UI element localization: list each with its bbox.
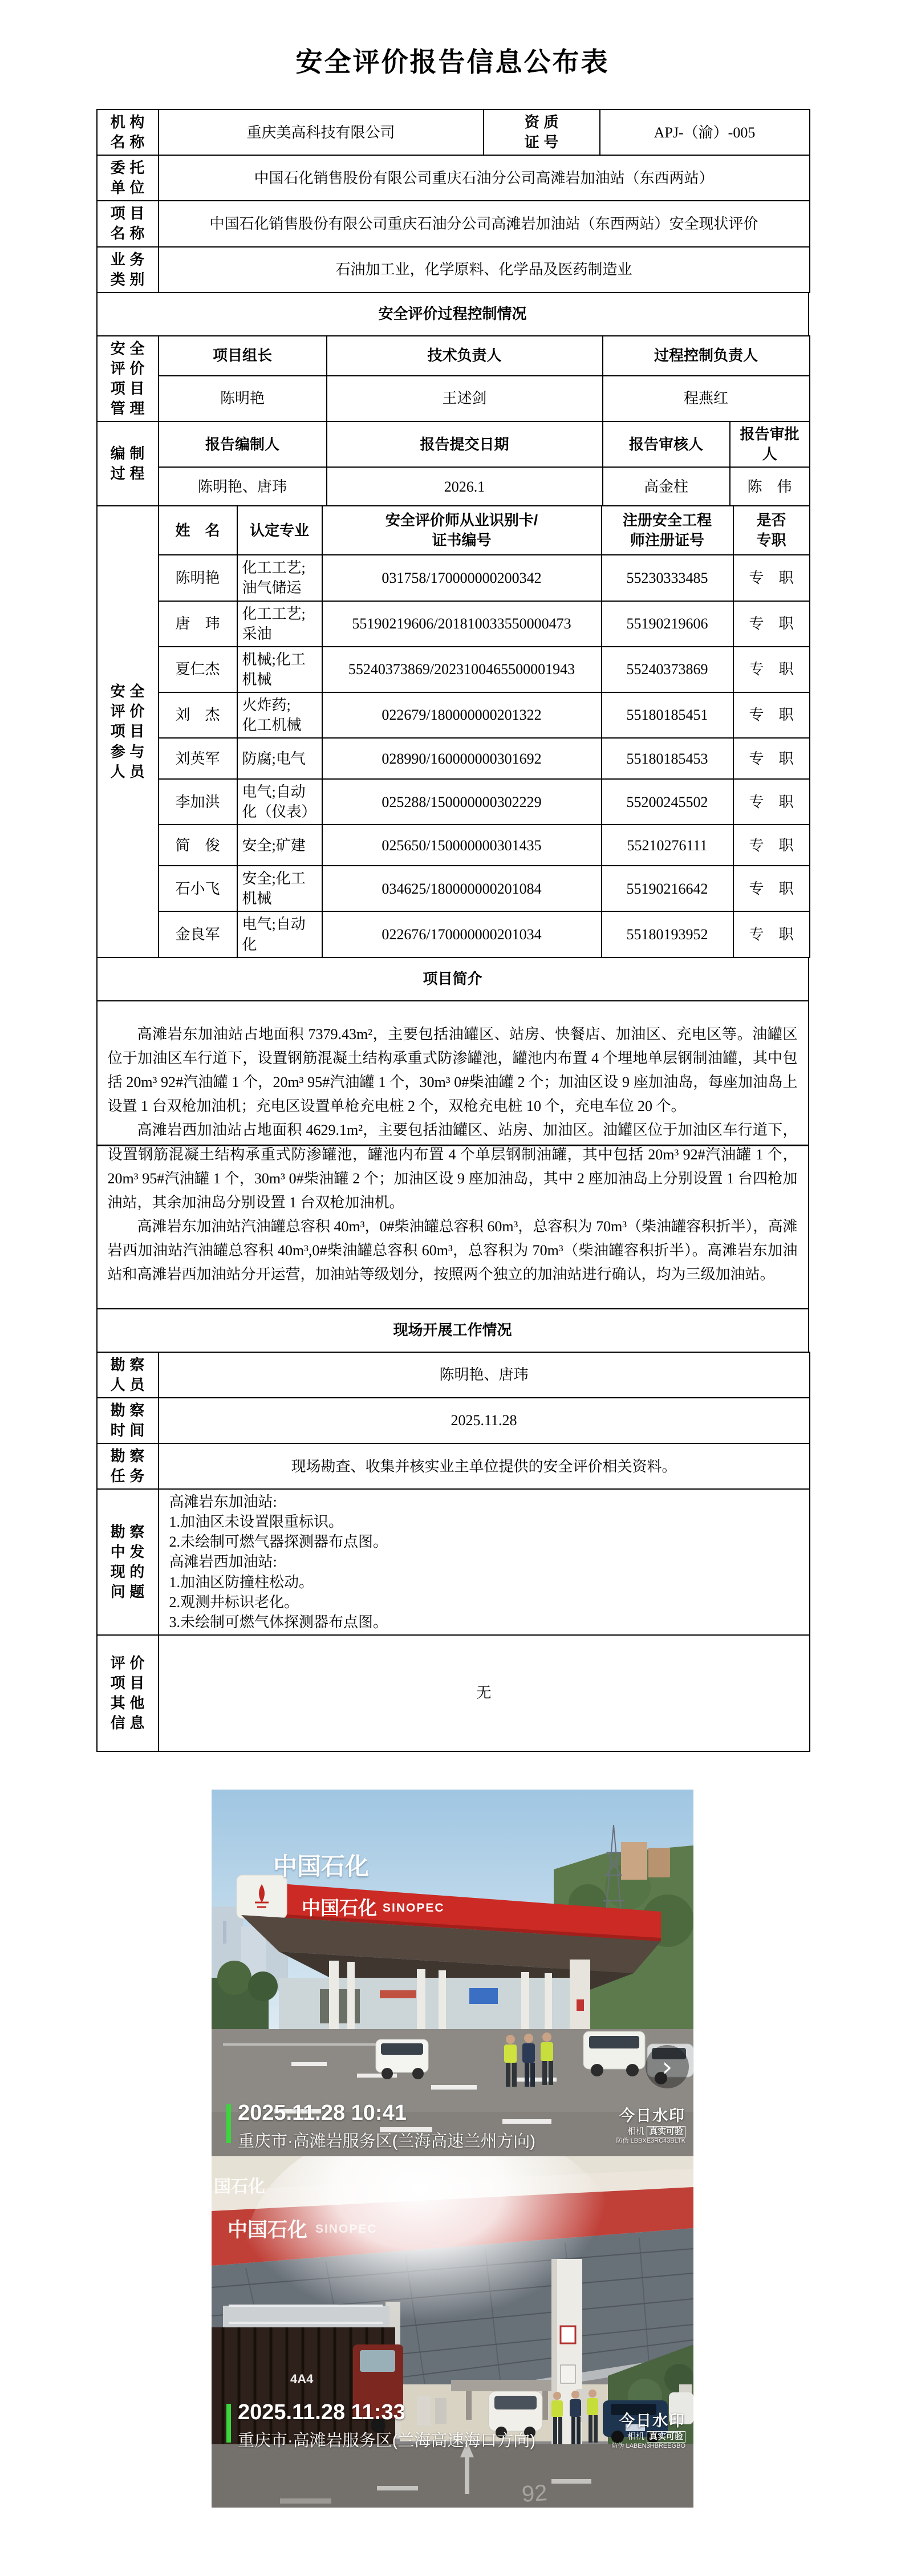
watermark-camera-label2: 相机	[627, 2432, 644, 2441]
participant-row: 简 俊 安全;矿建 025650/150000000301435 5521027…	[97, 825, 810, 866]
participant-fulltime: 专 职	[733, 911, 810, 957]
participant-reg-no: 55200245502	[602, 779, 733, 825]
client-value: 中国石化销售股份有限公司重庆石油分公司高滩岩加油站（东西两站）	[159, 155, 810, 201]
watermark-verified-badge: 真实可验	[647, 2126, 685, 2138]
compilation-label: 编制过程	[97, 421, 159, 506]
problems-label: 勘察中发现的问题	[97, 1489, 159, 1635]
participant-fulltime: 专 职	[733, 825, 810, 866]
col-header-card: 安全评价师从业识别卡/ 证书编号	[322, 506, 602, 555]
participant-major: 机械;化工 机械	[237, 647, 322, 692]
carousel-next-button[interactable]: ›	[646, 2045, 689, 2088]
bottom-margin	[0, 2508, 905, 2576]
participant-card-no: 022679/180000000201322	[322, 692, 602, 738]
participant-card-no: 55190219606/201810033550000473	[322, 601, 602, 647]
brief-paragraph: 高滩岩东加油站汽油罐总容积 40m³，0#柴油罐总容积 60m³，总容积为 70…	[108, 1215, 798, 1287]
participant-major: 化工工艺; 采油	[237, 601, 322, 647]
participant-card-no: 031758/170000000200342	[322, 555, 602, 601]
participant-name: 简 俊	[159, 825, 237, 866]
participant-row: 刘 杰 火炸药; 化工机械 022679/180000000201322 551…	[97, 692, 810, 738]
watermark-brand-block2: 今日水印 相机真实可验 防伪 LABEN3HBREEGBO	[611, 2412, 685, 2451]
survey-time-value: 2025.11.28	[159, 1398, 810, 1443]
site-work-header-section: 现场开展工作情况	[96, 1308, 809, 1353]
gas-station-photo2-scene: 92	[212, 2156, 693, 2508]
cert-no-value: APJ-（渝）-005	[600, 109, 810, 155]
canopy-brand-latin2: SINOPEC	[315, 2222, 378, 2236]
org-name-value: 重庆美高科技有限公司	[159, 109, 484, 155]
participant-name: 唐 玮	[159, 601, 237, 647]
watermark-camera-label: 相机	[627, 2127, 644, 2136]
participant-fulltime: 专 职	[733, 692, 810, 738]
col-header-reg: 注册安全工程 师注册证号	[602, 506, 733, 555]
watermark-verified-badge2: 真实可验	[647, 2431, 685, 2443]
participant-name: 陈明艳	[159, 555, 237, 601]
rooftop-sign-text: 中国石化	[273, 1848, 369, 1882]
photo-location: 重庆市·高滩岩服务区(兰海高速兰州方向)	[238, 2128, 535, 2152]
participant-card-no: 028990/160000000301692	[322, 738, 602, 779]
red-awning	[380, 1990, 416, 1998]
page-title: 安全评价报告信息公布表	[0, 41, 905, 79]
report-approver-value: 陈 伟	[730, 467, 810, 506]
participants-label: 安全评价项目参与人员	[97, 506, 159, 957]
business-type-value: 石油加工业，化学原料、化学品及医药制造业	[159, 247, 810, 293]
team-leader-value: 陈明艳	[159, 376, 327, 421]
participant-row: 陈明艳 化工工艺; 油气储运 031758/170000000200342 55…	[97, 555, 810, 601]
report-writer-header: 报告编制人	[159, 421, 327, 467]
participant-row: 唐 玮 化工工艺; 采油 55190219606/201810033550000…	[97, 601, 810, 647]
participant-card-no: 025288/150000000302229	[322, 779, 602, 825]
survey-task-label: 勘察任务	[97, 1443, 159, 1489]
pavement-92-marking: 92	[521, 2480, 548, 2507]
site-photo-west-station: 92 国石化 中国石化 SINOPEC 4A4 2025.11.28 11:33…	[212, 2156, 693, 2508]
cert-no-label: 资质证号	[484, 109, 600, 155]
tech-lead-value: 王述剑	[327, 376, 603, 421]
brief-body: 高滩岩东加油站占地面积 7379.43m²，主要包括油罐区、站房、快餐店、加油区…	[97, 1001, 809, 1309]
management-section: 安全评价项目管理 项目组长 技术负责人 过程控制负责人 陈明艳 王述剑 程燕红	[96, 335, 810, 422]
canopy-brand-text2: 中国石化	[228, 2214, 307, 2243]
surveyor-label: 勘察人员	[97, 1352, 159, 1398]
speed-limit-sign	[561, 2326, 575, 2343]
brief-paragraph: 高滩岩东加油站占地面积 7379.43m²，主要包括油罐区、站房、快餐店、加油区…	[108, 1023, 798, 1118]
participant-row: 李加洪 电气;自动 化（仪表） 025288/150000000302229 5…	[97, 779, 810, 825]
truck-plate-text: 4A4	[290, 2372, 313, 2387]
compilation-section: 编制过程 报告编制人 报告提交日期 报告审核人 报告审批人 陈明艳、唐玮 202…	[96, 421, 810, 506]
report-reviewer-value: 高金柱	[603, 467, 730, 506]
photo-timestamp2: 2025.11.28 11:33	[238, 2400, 405, 2425]
participant-row: 夏仁杰 机械;化工 机械 55240373869/202310046550000…	[97, 647, 810, 692]
brief-body-section: 高滩岩东加油站占地面积 7379.43m²，主要包括油罐区、站房、快餐店、加油区…	[96, 1000, 809, 1309]
info-section: 机构名称 重庆美高科技有限公司 资质证号 APJ-（渝）-005 委托单位 中国…	[96, 109, 810, 293]
participant-major: 电气;自动 化（仪表）	[237, 779, 322, 825]
project-name-value: 中国石化销售股份有限公司重庆石油分公司高滩岩加油站（东西两站）安全现状评价	[159, 201, 810, 246]
participant-card-no: 034625/180000000201084	[322, 866, 602, 911]
process-control-header: 安全评价过程控制情况	[96, 292, 809, 336]
tech-lead-header: 技术负责人	[327, 336, 603, 376]
watermark-green-bar2	[226, 2404, 231, 2443]
participant-reg-no: 55180185451	[602, 692, 733, 738]
watermark-green-bar	[226, 2104, 231, 2143]
survey-time-label: 勘察时间	[97, 1398, 159, 1443]
report-writer-value: 陈明艳、唐玮	[159, 467, 327, 506]
survey-task-value: 现场勘查、收集并核实业主单位提供的安全评价相关资料。	[159, 1443, 810, 1489]
participant-card-no: 55240373869/2023100465500001943	[322, 647, 602, 692]
road-surface2	[212, 2444, 693, 2508]
document-page: 安全评价报告信息公布表 机构名称 重庆美高科技有限公司 资质证号 APJ-（渝）…	[0, 41, 905, 2576]
watermark-antifake-code2: 防伪 LABEN3HBREEGBO	[611, 2443, 685, 2451]
participants-section: 安全评价项目参与人员 姓 名 认定专业 安全评价师从业识别卡/ 证书编号 注册安…	[96, 505, 810, 958]
blue-sign	[469, 1988, 498, 2004]
participant-major: 电气;自动 化	[237, 911, 322, 957]
rooftop-sign-text2: 国石化	[214, 2172, 265, 2197]
report-table: 机构名称 重庆美高科技有限公司 资质证号 APJ-（渝）-005 委托单位 中国…	[96, 109, 809, 1752]
site-photo-east-station: 中国石化 中国石化 SINOPEC 2025.11.28 10:41 重庆市·高…	[212, 1790, 693, 2156]
report-date-header: 报告提交日期	[327, 421, 603, 467]
brief-title: 项目简介	[97, 958, 809, 1001]
site-work-section: 勘察人员 陈明艳、唐玮 勘察时间 2025.11.28 勘察任务 现场勘查、收集…	[96, 1352, 810, 1752]
participant-fulltime: 专 职	[733, 601, 810, 647]
process-lead-header: 过程控制负责人	[603, 336, 810, 376]
participant-card-no: 025650/150000000301435	[322, 825, 602, 866]
participant-name: 石小飞	[159, 866, 237, 911]
report-approver-header: 报告审批人	[730, 421, 810, 467]
participant-reg-no: 55180193952	[602, 911, 733, 957]
participant-reg-no: 55190219606	[602, 601, 733, 647]
surveyor-value: 陈明艳、唐玮	[159, 1352, 810, 1398]
participant-major: 火炸药; 化工机械	[237, 692, 322, 738]
canopy-brand-text: 中国石化	[302, 1893, 377, 1920]
other-info-value: 无	[159, 1635, 810, 1751]
participant-major: 化工工艺; 油气储运	[237, 555, 322, 601]
client-label: 委托单位	[97, 155, 159, 201]
participant-major: 安全;化工 机械	[237, 866, 322, 911]
participant-name: 刘 杰	[159, 692, 237, 738]
report-reviewer-header: 报告审核人	[603, 421, 730, 467]
col-header-name: 姓 名	[159, 506, 237, 555]
participant-reg-no: 55190216642	[602, 866, 733, 911]
photo-timestamp: 2025.11.28 10:41	[238, 2101, 407, 2125]
canopy-brand-latin: SINOPEC	[383, 1901, 445, 1915]
participant-major: 防腐;电气	[237, 738, 322, 779]
participant-fulltime: 专 职	[733, 555, 810, 601]
participant-card-no: 022676/170000000201034	[322, 911, 602, 957]
participant-reg-no: 55240373869	[602, 647, 733, 692]
participant-major: 安全;矿建	[237, 825, 322, 866]
participant-reg-no: 55180185453	[602, 738, 733, 779]
watermark-app-name2: 今日水印	[611, 2412, 685, 2431]
participant-name: 李加洪	[159, 779, 237, 825]
watermark-brand-block: 今日水印 相机真实可验 防伪 LBBXE3RC43BLTK	[616, 2107, 685, 2145]
participant-name: 金良军	[159, 911, 237, 957]
watermark-antifake-code: 防伪 LBBXE3RC43BLTK	[616, 2137, 685, 2145]
participant-fulltime: 专 职	[733, 738, 810, 779]
col-header-major: 认定专业	[237, 506, 322, 555]
site-work-title: 现场开展工作情况	[97, 1309, 809, 1352]
participant-row: 刘英军 防腐;电气 028990/160000000301692 5518018…	[97, 738, 810, 779]
brief-paragraph: 高滩岩西加油站占地面积 4629.1m²，主要包括油罐区、站房、加油区。油罐区位…	[108, 1118, 798, 1214]
column-sign	[561, 2365, 575, 2383]
participant-reg-no: 55210276111	[602, 825, 733, 866]
problems-value: 高滩岩东加油站: 1.加油区未设置限重标识。 2.未绘制可燃气器探测器布点图。 …	[159, 1489, 810, 1635]
management-label: 安全评价项目管理	[97, 336, 159, 421]
photo-location2: 重庆市·高滩岩服务区(兰海高速海口方向)	[238, 2428, 535, 2451]
report-date-value: 2026.1	[327, 467, 603, 506]
org-name-label: 机构名称	[97, 109, 159, 155]
watermark-app-name: 今日水印	[616, 2107, 685, 2126]
other-info-label: 评价项目其他信息	[97, 1635, 159, 1751]
process-control-title: 安全评价过程控制情况	[97, 293, 809, 336]
fire-box	[577, 1999, 584, 2011]
participant-fulltime: 专 职	[733, 779, 810, 825]
business-type-label: 业务类别	[97, 247, 159, 293]
team-leader-header: 项目组长	[159, 336, 327, 376]
page-break-line	[97, 1145, 809, 1146]
participant-name: 夏仁杰	[159, 647, 237, 692]
process-lead-value: 程燕红	[603, 376, 810, 421]
brief-header-section: 项目简介	[96, 957, 809, 1001]
building-right	[621, 1842, 647, 1880]
participant-row: 金良军 电气;自动 化 022676/170000000201034 55180…	[97, 911, 810, 957]
participant-name: 刘英军	[159, 738, 237, 779]
participant-row: 石小飞 安全;化工 机械 034625/180000000201084 5519…	[97, 866, 810, 911]
project-name-label: 项目名称	[97, 201, 159, 246]
participant-fulltime: 专 职	[733, 866, 810, 911]
col-header-fulltime: 是否 专职	[733, 506, 810, 555]
participant-reg-no: 55230333485	[602, 555, 733, 601]
participant-fulltime: 专 职	[733, 647, 810, 692]
